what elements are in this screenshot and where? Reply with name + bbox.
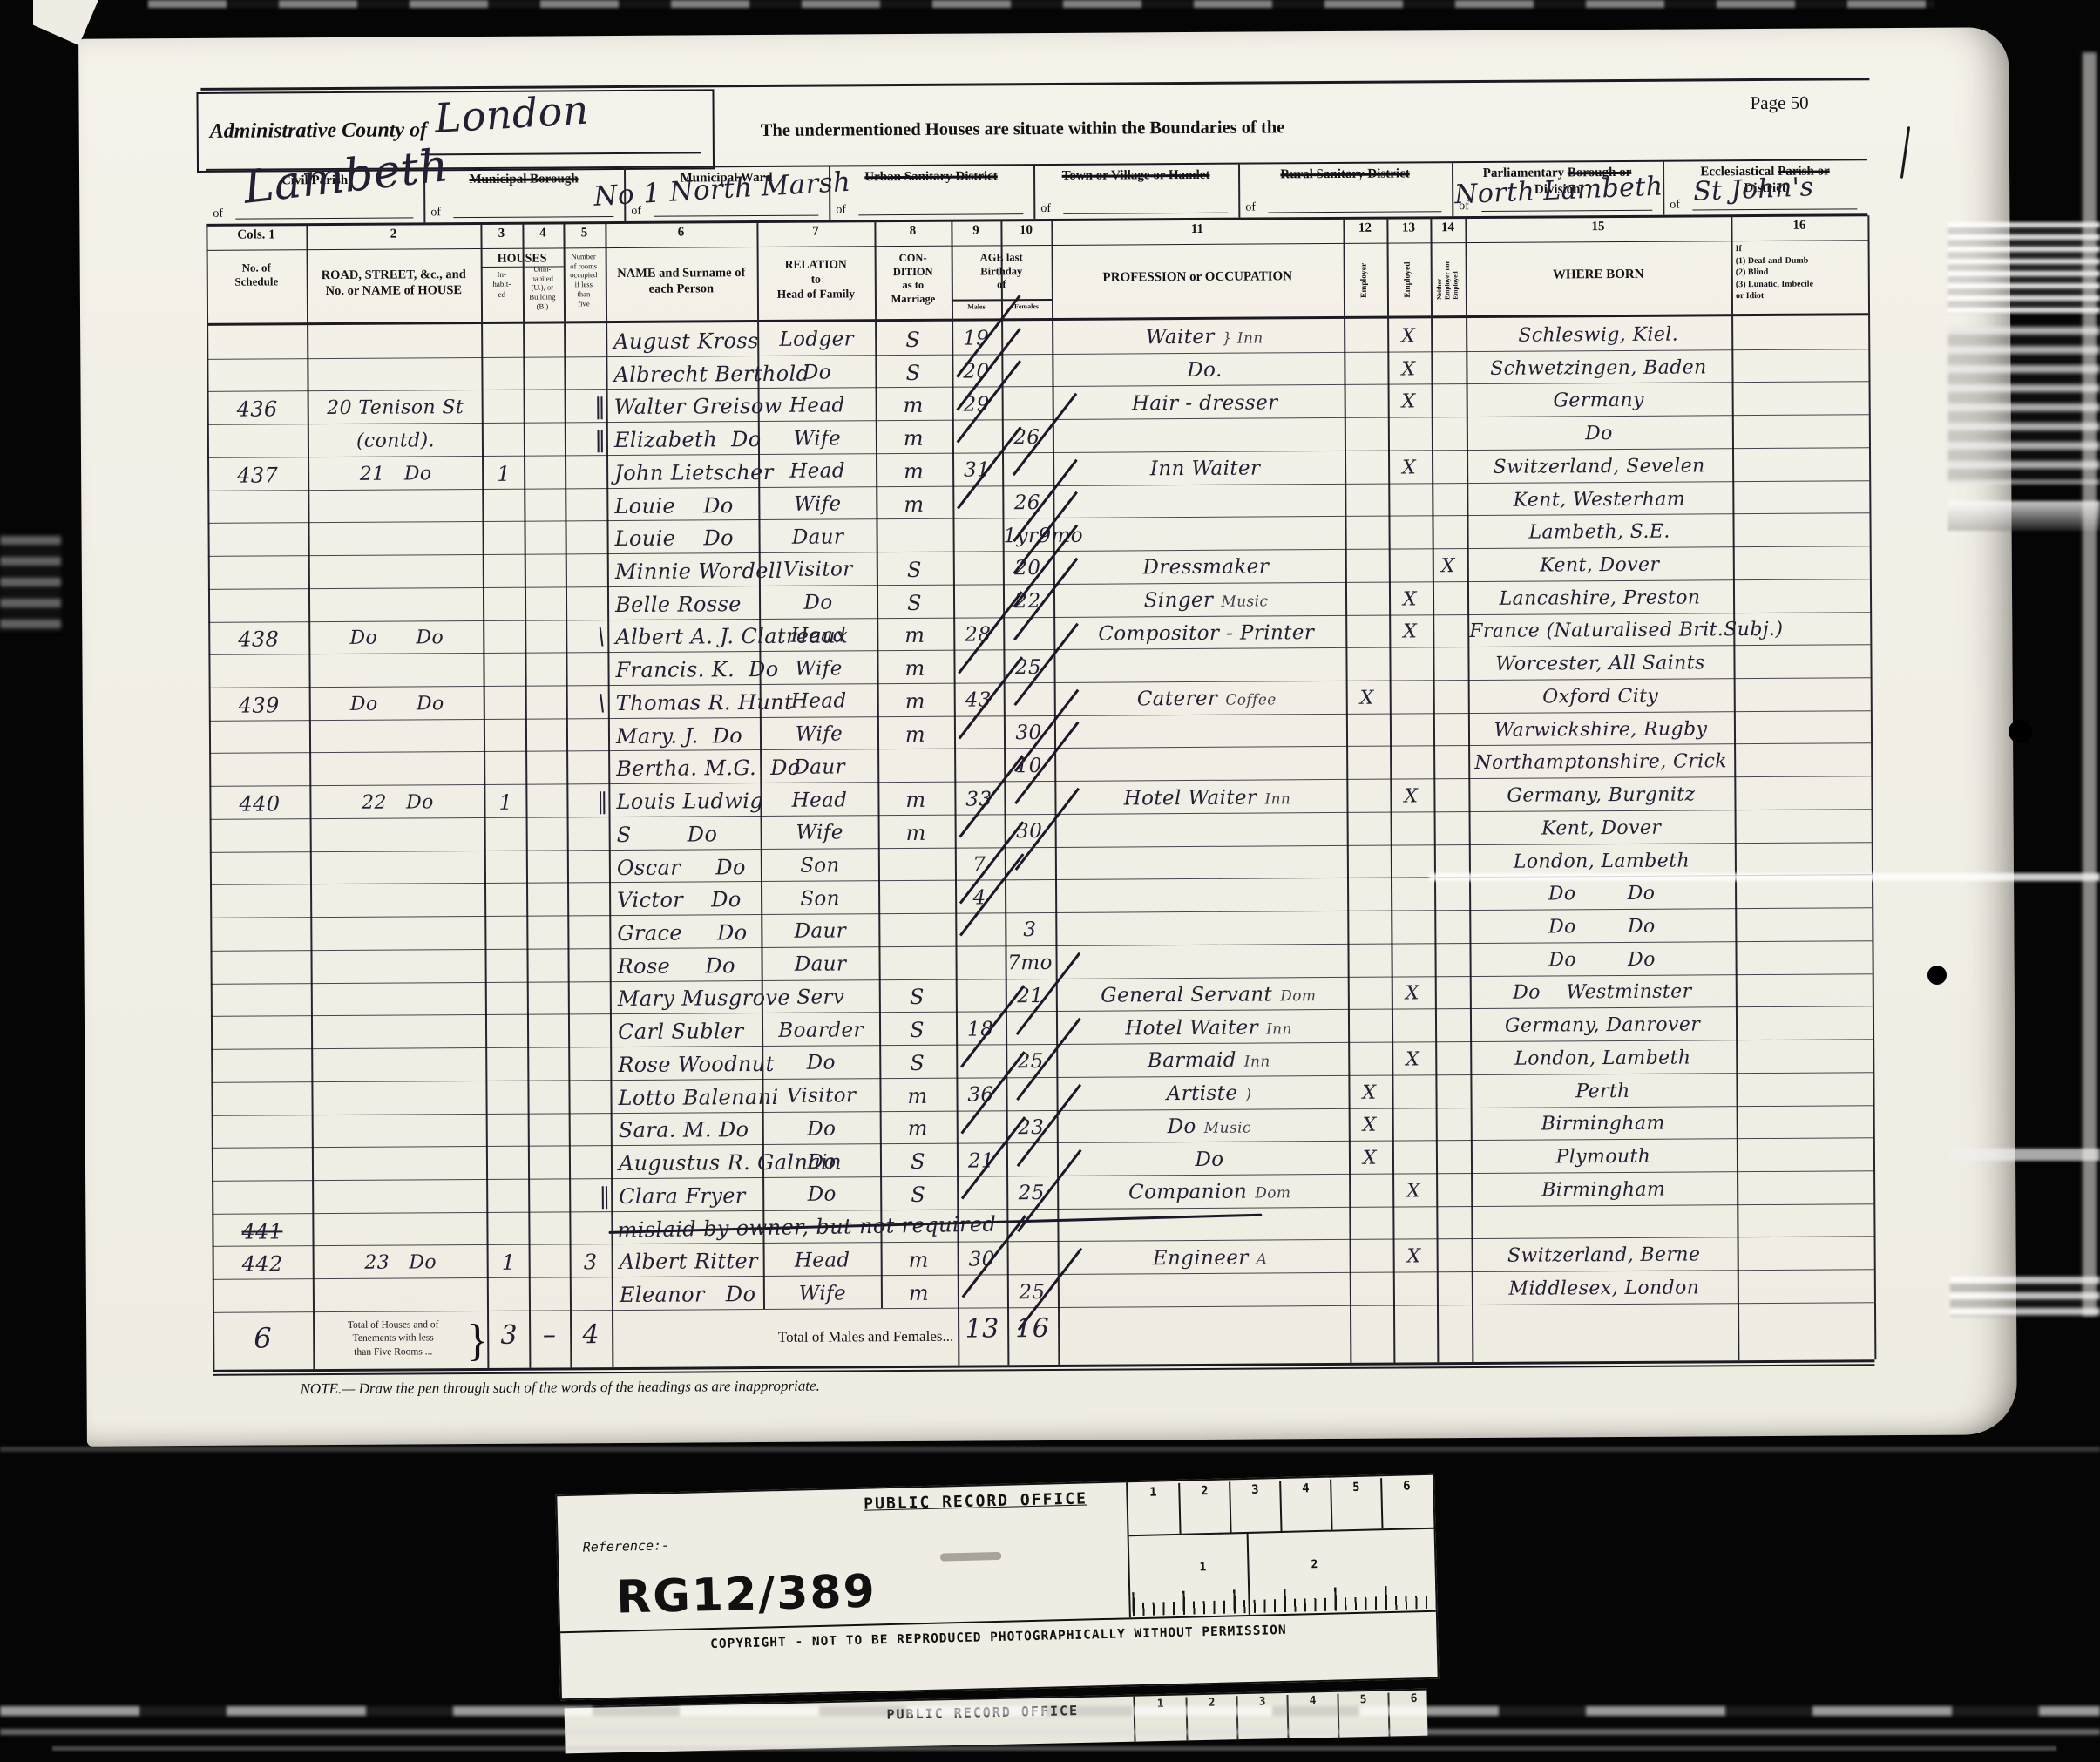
- ruler-cell-number: 6: [1380, 1477, 1432, 1528]
- totals-column-line: [1350, 1305, 1351, 1363]
- cell-occ: Compositor - Printer: [1062, 623, 1350, 645]
- cell-born: Germany, Burgnitz: [1470, 785, 1731, 806]
- cell-born: Schleswig, Kiel.: [1467, 325, 1729, 346]
- totals-column-line: [1437, 1305, 1439, 1362]
- strip2-cell-number: 1: [1135, 1697, 1186, 1741]
- cell-e12: X: [1350, 1116, 1390, 1135]
- totals-column-line: [1393, 1305, 1395, 1362]
- total-females: 16: [1008, 1316, 1056, 1342]
- cell-born: Kent, Dover: [1471, 818, 1732, 839]
- cell-occ: SingerMusic: [1062, 590, 1350, 612]
- total-rooms: 4: [571, 1322, 611, 1348]
- cell-sched: 440: [213, 793, 305, 815]
- strip2-cell-number: 6: [1387, 1691, 1427, 1736]
- cell-occ: Hotel WaiterInn: [1065, 1018, 1352, 1040]
- cell-cond: m: [877, 625, 952, 647]
- cell-rooms: 3: [571, 1251, 611, 1272]
- totals-column-line: [1874, 1302, 1876, 1359]
- ruler-cell-number: 1: [1128, 1483, 1179, 1535]
- cell-e13: X: [1392, 985, 1433, 1004]
- cell-born: France (Naturalised Brit.Subj.): [1469, 621, 1731, 642]
- cell-rel: Head: [762, 790, 876, 811]
- cell-e13: X: [1389, 458, 1429, 478]
- strip2-cell-number: 3: [1236, 1695, 1287, 1739]
- cell-e12: X: [1347, 688, 1387, 708]
- cell-road: 22 Do: [311, 793, 484, 813]
- col-header-name: NAME and Surname of each Person: [606, 265, 757, 297]
- cell-occ-note: } Inn: [1223, 330, 1263, 348]
- col-header-where-born: WHERE BORN: [1466, 266, 1731, 284]
- cell-rel: Boarder: [764, 1020, 877, 1041]
- colnum-2: 2: [306, 226, 480, 243]
- cell-rel: Daur: [762, 757, 876, 778]
- cell-road: Do Do: [310, 628, 483, 648]
- cell-road: Do Do: [311, 695, 484, 715]
- cell-ageF: 25: [1008, 1282, 1056, 1302]
- cell-born: Birmingham: [1473, 1180, 1734, 1201]
- cell-e14: X: [1432, 557, 1465, 576]
- cell-cond: S: [876, 329, 950, 351]
- pro-office-title: PUBLIC RECORD OFFICE: [827, 1488, 1123, 1514]
- district-of-label: of: [1040, 201, 1051, 217]
- col-header-schedule: No. of Schedule: [207, 261, 307, 289]
- district-of-label: of: [1670, 198, 1680, 213]
- cell-ageM: 30: [959, 1250, 1006, 1270]
- col-header-employer: Employer: [1344, 247, 1387, 315]
- cell-rel: Head: [761, 396, 874, 417]
- cell-rel: Son: [763, 856, 877, 877]
- colnum-8: 8: [874, 223, 951, 240]
- cell-occ: Dressmaker: [1062, 557, 1350, 579]
- cell-cond: S: [880, 1053, 954, 1074]
- cell-rel: Daur: [762, 527, 875, 548]
- cell-born: Do Do: [1472, 950, 1733, 971]
- district-label-4: Town or Village or Hamlet: [1033, 167, 1238, 185]
- situate-line: The undermentioned Houses are situate wi…: [761, 117, 1353, 143]
- cell-e13: X: [1392, 1050, 1433, 1069]
- col-header-infirmities: If (1) Deaf-and-Dumb (2) Blind (3) Lunat…: [1736, 242, 1866, 302]
- cell-e13: X: [1391, 787, 1431, 806]
- pro-office-title-partial: PUBLIC RECORD OFFICE: [835, 1702, 1131, 1724]
- cell-road: (contd).: [309, 431, 482, 451]
- col-header-relation: RELATION to Head of Family: [757, 257, 875, 302]
- cell-occ: Do.: [1060, 360, 1348, 382]
- col-header-age-males: Males: [952, 302, 1001, 311]
- cell-mark: \: [591, 692, 613, 715]
- cell-born: Do Westminster: [1472, 983, 1733, 1004]
- cell-born: Do: [1468, 424, 1730, 444]
- colnum-14: 14: [1430, 220, 1465, 236]
- ruler-cell-number: 2: [1178, 1481, 1230, 1533]
- cell-rel: Serv: [764, 987, 877, 1008]
- total-houses-brace: }: [466, 1312, 488, 1369]
- cell-rel: Wife: [762, 724, 876, 745]
- col-header-profession: PROFESSION or OCCUPATION: [1052, 268, 1344, 287]
- census-form-sheet: Administrative County of London The unde…: [78, 27, 2017, 1447]
- streak-right-sliver: [2083, 52, 2097, 1316]
- totals-column-line: [213, 1312, 214, 1370]
- ruler-cell-number: 3: [1229, 1481, 1280, 1532]
- cell-born: Kent, Dover: [1469, 555, 1731, 576]
- cell-occ-note: Dom: [1280, 987, 1316, 1005]
- cell-occ: Hair - dresser: [1061, 393, 1349, 415]
- cell-occ-note: Inn: [1266, 1020, 1292, 1038]
- col-header-inhabited: In- habit- ed: [483, 270, 521, 300]
- cell-born: Oxford City: [1470, 687, 1731, 708]
- cell-ageM: 29: [953, 395, 1000, 415]
- cell-cond: S: [880, 986, 954, 1008]
- ruler-minor-number: 2: [1311, 1558, 1318, 1571]
- cell-ageF: 7mo: [1006, 953, 1054, 973]
- cell-rel: Visitor: [764, 1086, 877, 1107]
- cell-born: Switzerland, Sevelen: [1468, 457, 1730, 478]
- total-schedule: 6: [217, 1324, 308, 1352]
- cell-rel: Wife: [762, 659, 875, 680]
- colnum-5: 5: [563, 225, 605, 241]
- cell-e12: X: [1350, 1149, 1390, 1169]
- cell-cond: S: [877, 592, 952, 613]
- cell-cond: S: [881, 1151, 955, 1173]
- cell-occ-note: Coffee: [1225, 692, 1276, 709]
- cell-rel: Do: [765, 1119, 878, 1140]
- form-note: NOTE.— Draw the pen through such of the …: [300, 1377, 819, 1399]
- cell-cond: m: [882, 1283, 956, 1305]
- cell-sched: 441: [216, 1221, 308, 1243]
- cell-inh: 1: [484, 463, 524, 484]
- district-of-label: of: [213, 207, 223, 222]
- cell-inh: 1: [485, 792, 525, 813]
- public-record-office-stamp: PUBLIC RECORD OFFICE Reference:- RG12/38…: [555, 1474, 1439, 1701]
- colnum-3: 3: [480, 226, 522, 242]
- colnum-15: 15: [1465, 218, 1731, 236]
- total-males-females-label: Total of Males and Females...: [612, 1327, 953, 1348]
- cell-mark: ‖: [591, 790, 613, 813]
- district-of-label: of: [836, 202, 846, 218]
- district-of-underline: [453, 216, 613, 218]
- colnum-16: 16: [1731, 217, 1867, 234]
- cell-sched: 438: [213, 629, 304, 651]
- cell-cond: m: [878, 691, 952, 713]
- cell-rel: Wife: [766, 1284, 879, 1305]
- cell-cond: m: [880, 1085, 954, 1107]
- cell-ageM: 21: [958, 1151, 1005, 1171]
- district-of-underline: [858, 213, 1023, 215]
- cell-cond: m: [877, 428, 951, 450]
- cell-rel: Lodger: [760, 330, 873, 351]
- cell-cond: S: [881, 1183, 955, 1205]
- cell-rel: Wife: [761, 494, 874, 515]
- district-label-3: Urban Sanitary District: [829, 168, 1033, 186]
- cell-sched: 436: [212, 399, 303, 421]
- cell-born: Worcester, All Saints: [1469, 654, 1731, 674]
- cell-e13: X: [1390, 623, 1430, 642]
- cell-cond: m: [882, 1250, 956, 1271]
- cell-cond: m: [877, 395, 951, 417]
- district-of-label: of: [1245, 200, 1256, 216]
- total-houses-label: Total of Houses and of Tenements with le…: [318, 1318, 468, 1360]
- colnum-12: 12: [1343, 220, 1386, 237]
- cell-occ-note: Music: [1204, 1119, 1251, 1136]
- colnum-9: 9: [951, 222, 1000, 239]
- cell-born: Lambeth, S.E.: [1469, 522, 1731, 543]
- col-header-uninhabited: Unin- habited (U.), or Building (B.): [523, 264, 562, 311]
- streak-bottom: [52, 1746, 2056, 1751]
- cell-ageM: 33: [955, 790, 1002, 810]
- cell-occ: General ServantDom: [1065, 985, 1352, 1006]
- district-of-label: of: [430, 205, 441, 220]
- cell-road: 21 Do: [309, 464, 482, 485]
- cell-rel: Do: [764, 1054, 877, 1074]
- cell-occ: Inn Waiter: [1061, 458, 1349, 480]
- colnum-13: 13: [1386, 220, 1430, 236]
- ruler-minor-number: 1: [1199, 1561, 1206, 1574]
- cell-born: London, Lambeth: [1472, 1048, 1733, 1069]
- streak-bottom: [0, 1447, 2100, 1452]
- colnum-7: 7: [756, 223, 874, 241]
- cell-road: 20 Tenison St: [309, 398, 482, 418]
- cell-born: Kent, Westerham: [1468, 490, 1730, 511]
- cell-road: 23 Do: [315, 1253, 487, 1273]
- totals-column-line: [1738, 1303, 1739, 1360]
- district-label-5: Rural Sanitary District: [1238, 166, 1452, 183]
- cell-born: Lancashire, Preston: [1469, 588, 1731, 609]
- cell-occ: CatererCoffee: [1063, 688, 1351, 710]
- page-number: Page 50: [1750, 91, 1808, 115]
- colnum-6: 6: [605, 224, 756, 241]
- cell-cond: m: [879, 822, 953, 844]
- cell-cond: m: [877, 658, 952, 680]
- ink-blot: [1927, 966, 1947, 985]
- cell-cond: S: [876, 362, 950, 383]
- cell-occ: Do: [1066, 1149, 1353, 1170]
- cell-born: Perth: [1472, 1081, 1733, 1102]
- cell-mark: ‖: [593, 1185, 616, 1208]
- cell-born: Northamptonshire, Crick: [1470, 753, 1731, 774]
- colnum-4: 4: [522, 225, 563, 241]
- district-value-6: North Lambeth: [1454, 174, 1663, 209]
- cell-e13: X: [1388, 360, 1428, 379]
- cell-born: Plymouth: [1473, 1147, 1734, 1168]
- cell-sched: 442: [217, 1253, 308, 1275]
- cell-born: London, Lambeth: [1471, 851, 1732, 872]
- cell-sched: 439: [213, 695, 305, 716]
- cell-occ: Artiste): [1065, 1083, 1352, 1105]
- pro-copyright-line: COPYRIGHT - NOT TO BE REPRODUCED PHOTOGR…: [560, 1620, 1436, 1656]
- cell-cond: m: [881, 1118, 955, 1140]
- ruler-cell-number: 5: [1330, 1478, 1381, 1529]
- cell-occ: DoMusic: [1066, 1116, 1353, 1138]
- pro-smudge: [940, 1552, 1001, 1562]
- cell-e12: X: [1349, 1083, 1389, 1102]
- cell-born: Do Do: [1471, 917, 1732, 938]
- cell-rel: Wife: [761, 429, 874, 450]
- cell-born: Warwickshire, Rugby: [1470, 720, 1731, 741]
- district-of-underline: [1481, 210, 1652, 212]
- cell-inh: 1: [489, 1252, 529, 1273]
- cell-occ-note: ): [1245, 1087, 1251, 1104]
- col-header-condition: CON- DITION as to Marriage: [875, 252, 952, 307]
- cell-occ-note: Music: [1221, 593, 1268, 611]
- cell-cond: m: [877, 493, 951, 515]
- cell-rel: Head: [762, 692, 876, 713]
- district-of-underline: [1268, 211, 1441, 213]
- colnum-1: Cols. 1: [206, 227, 306, 243]
- cell-born: Germany, Danrover: [1472, 1015, 1733, 1036]
- district-value-7: St John's: [1693, 174, 1814, 206]
- cell-e13: X: [1390, 590, 1430, 609]
- cell-born: Do Do: [1471, 884, 1732, 905]
- col-header-rooms: Number of rooms occupied if less than fi…: [565, 252, 603, 308]
- district-of-underline: [1692, 208, 1857, 210]
- district-of-underline: [1063, 213, 1228, 214]
- cell-occ-note: Inn: [1264, 790, 1290, 808]
- cell-sched: 437: [212, 464, 303, 486]
- cell-rel: Head: [762, 626, 875, 647]
- cell-rel: Wife: [763, 823, 877, 844]
- cell-occ: Waiter} Inn: [1060, 327, 1348, 349]
- cell-ageM: 4: [956, 888, 1003, 908]
- county-value-handwriting: London: [433, 90, 589, 139]
- cell-occ: EngineerA: [1067, 1248, 1354, 1270]
- cell-rel: Do: [765, 1185, 878, 1206]
- cell-cond: S: [880, 1020, 954, 1041]
- microfilm-scan-canvas: Administrative County of London The unde…: [0, 0, 2100, 1762]
- cell-ageF: 3: [1006, 920, 1053, 940]
- cell-rel: Do: [760, 363, 873, 383]
- cell-mark: ‖: [589, 396, 612, 418]
- cell-e13: X: [1393, 1182, 1433, 1201]
- cell-e13: X: [1389, 393, 1429, 412]
- totals-column-line: [313, 1311, 315, 1369]
- cell-born: Germany: [1468, 391, 1730, 412]
- cell-rel: Daur: [764, 954, 877, 975]
- punch-hole-1: [2009, 720, 2032, 743]
- cell-mark: \: [590, 626, 613, 648]
- cell-e13: X: [1394, 1248, 1434, 1267]
- strip2-cell-number: 5: [1337, 1693, 1388, 1738]
- pro-reference-value: RG12/389: [615, 1565, 877, 1623]
- form-rule: [200, 78, 1869, 91]
- district-of-underline: [235, 217, 413, 220]
- district-of-underline: [654, 215, 818, 217]
- cell-ageF: 20: [1004, 559, 1052, 579]
- colnum-10: 10: [1000, 222, 1051, 239]
- cell-born: Schwetzingen, Baden: [1467, 358, 1729, 379]
- cell-cond: m: [877, 460, 951, 482]
- cell-occ-note: Inn: [1244, 1054, 1270, 1071]
- strip2-cell-number: 2: [1185, 1696, 1236, 1740]
- cell-occ: CompanionDom: [1066, 1182, 1353, 1203]
- cell-cond: S: [877, 559, 952, 581]
- cell-ageM: 18: [957, 1020, 1004, 1040]
- cell-e13: X: [1388, 327, 1428, 346]
- col-header-road: ROAD, STREET, &c., and No. or NAME of HO…: [307, 267, 481, 299]
- total-uninhabited: –: [530, 1322, 569, 1348]
- cell-occ: Hotel WaiterInn: [1063, 787, 1351, 809]
- cell-cond: m: [878, 790, 952, 811]
- totals-column-line: [1058, 1307, 1060, 1365]
- streak-left-block: [0, 536, 61, 632]
- total-males: 13: [959, 1316, 1006, 1342]
- cell-mark: ‖: [589, 429, 612, 451]
- cell-ageF: 1yr9mo: [1004, 526, 1052, 546]
- pro-reference-label: Reference:-: [583, 1537, 670, 1555]
- partial-stamp-strip: PUBLIC RECORD OFFICE 123456: [565, 1689, 1428, 1754]
- cell-rel: Head: [766, 1250, 879, 1271]
- ruler-cell-number: 4: [1279, 1480, 1331, 1531]
- cell-rel: Do: [765, 1152, 878, 1173]
- total-inhabited: 3: [489, 1323, 529, 1349]
- col-header-neither: Neither Employer nor Employed: [1429, 246, 1466, 314]
- cell-rel: Son: [763, 889, 877, 910]
- cell-rel: Head: [761, 461, 874, 482]
- col-header-age-group: AGE last Birthday of: [952, 251, 1052, 293]
- colnum-11: 11: [1051, 220, 1343, 239]
- col-header-employed: Employed: [1387, 246, 1431, 314]
- cell-occ: BarmaidInn: [1065, 1050, 1352, 1072]
- cell-born: Switzerland, Berne: [1473, 1245, 1735, 1266]
- cell-born: Middlesex, London: [1473, 1278, 1735, 1299]
- cell-rel: Do: [762, 593, 875, 613]
- strip2-cell-number: 4: [1286, 1694, 1338, 1738]
- cell-rel: Daur: [763, 922, 877, 943]
- cell-rel: Visitor: [762, 560, 875, 581]
- county-label: Administrative County of: [210, 117, 428, 145]
- cell-born: Birmingham: [1473, 1115, 1734, 1135]
- cell-occ-note: Dom: [1255, 1185, 1290, 1203]
- cell-cond: m: [878, 723, 952, 745]
- totals-column-line: [1472, 1305, 1473, 1362]
- cell-occ-note: A: [1257, 1250, 1268, 1268]
- streak-top-edge: [148, 0, 1934, 8]
